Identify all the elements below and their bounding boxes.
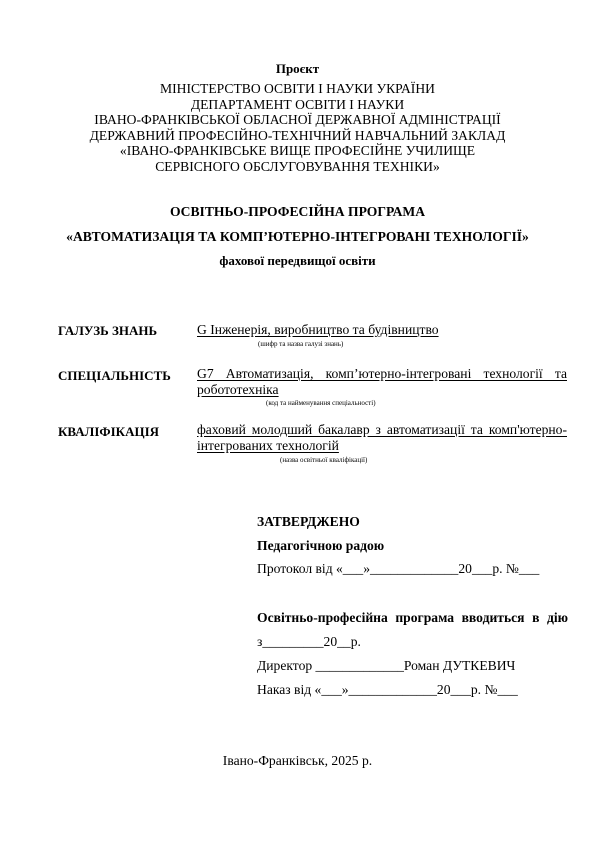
- knowledge-area-text: G Інженерія, виробництво та будівництво: [197, 322, 439, 337]
- department-line: ДЕПАРТАМЕНТ ОСВІТИ І НАУКИ: [0, 97, 595, 113]
- approved-by: Педагогічною радою: [257, 538, 568, 554]
- qualification-label: КВАЛІФІКАЦІЯ: [58, 424, 159, 440]
- ministry-line: МІНІСТЕРСТВО ОСВІТИ І НАУКИ УКРАЇНИ: [0, 81, 595, 97]
- director-signature-line: Директор _____________Роман ДУТКЕВИЧ: [257, 658, 568, 674]
- administration-line: ІВАНО-ФРАНКІВСЬКОЇ ОБЛАСНОЇ ДЕРЖАВНОЇ АД…: [0, 112, 595, 128]
- effective-date-label: Освітньо-професійна програма вводиться в…: [257, 610, 568, 626]
- knowledge-area-value: G Інженерія, виробництво та будівництво: [197, 322, 567, 338]
- effective-date-line: з_________20__р.: [257, 634, 568, 650]
- specialty-label: СПЕЦІАЛЬНІСТЬ: [58, 368, 171, 384]
- protocol-line: Протокол від «___»_____________20___р. №…: [257, 561, 568, 577]
- institution-name-line-1: «ІВАНО-ФРАНКІВСЬКЕ ВИЩЕ ПРОФЕСІЙНЕ УЧИЛИ…: [0, 143, 595, 159]
- institution-type-line: ДЕРЖАВНИЙ ПРОФЕСІЙНО-ТЕХНІЧНИЙ НАВЧАЛЬНИ…: [0, 128, 595, 144]
- approved-heading: ЗАТВЕРДЖЕНО: [257, 514, 568, 530]
- knowledge-area-caption: (шифр та назва галузі знань): [258, 340, 343, 348]
- qualification-caption: (назва освітньої кваліфікації): [280, 456, 367, 464]
- program-level: фахової передвищої освіти: [0, 253, 595, 269]
- specialty-caption: (код та найменування спеціальності): [266, 399, 376, 407]
- knowledge-area-label: ГАЛУЗЬ ЗНАНЬ: [58, 323, 157, 339]
- order-line: Наказ від «___»_____________20___р. №___: [257, 682, 568, 698]
- program-name: «АВТОМАТИЗАЦІЯ ТА КОМП’ЮТЕРНО-ІНТЕГРОВАН…: [0, 229, 595, 245]
- qualification-value-line-1: фаховий молодший бакалавр з автоматизаці…: [197, 422, 567, 438]
- city-year: Івано-Франківськ, 2025 р.: [0, 753, 595, 769]
- specialty-value-line-2: робототехніка: [197, 382, 567, 398]
- qualification-value-line-2: інтегрованих технологій: [197, 438, 567, 454]
- specialty-value-line-1: G7 Автоматизація, комп’ютерно-інтегрован…: [197, 366, 567, 382]
- project-label: Проєкт: [0, 61, 595, 77]
- program-title: ОСВІТНЬО-ПРОФЕСІЙНА ПРОГРАМА: [0, 204, 595, 220]
- institution-name-line-2: СЕРВІСНОГО ОБСЛУГОВУВАННЯ ТЕХНІКИ»: [0, 159, 595, 175]
- institution-header: МІНІСТЕРСТВО ОСВІТИ І НАУКИ УКРАЇНИ ДЕПА…: [0, 81, 595, 175]
